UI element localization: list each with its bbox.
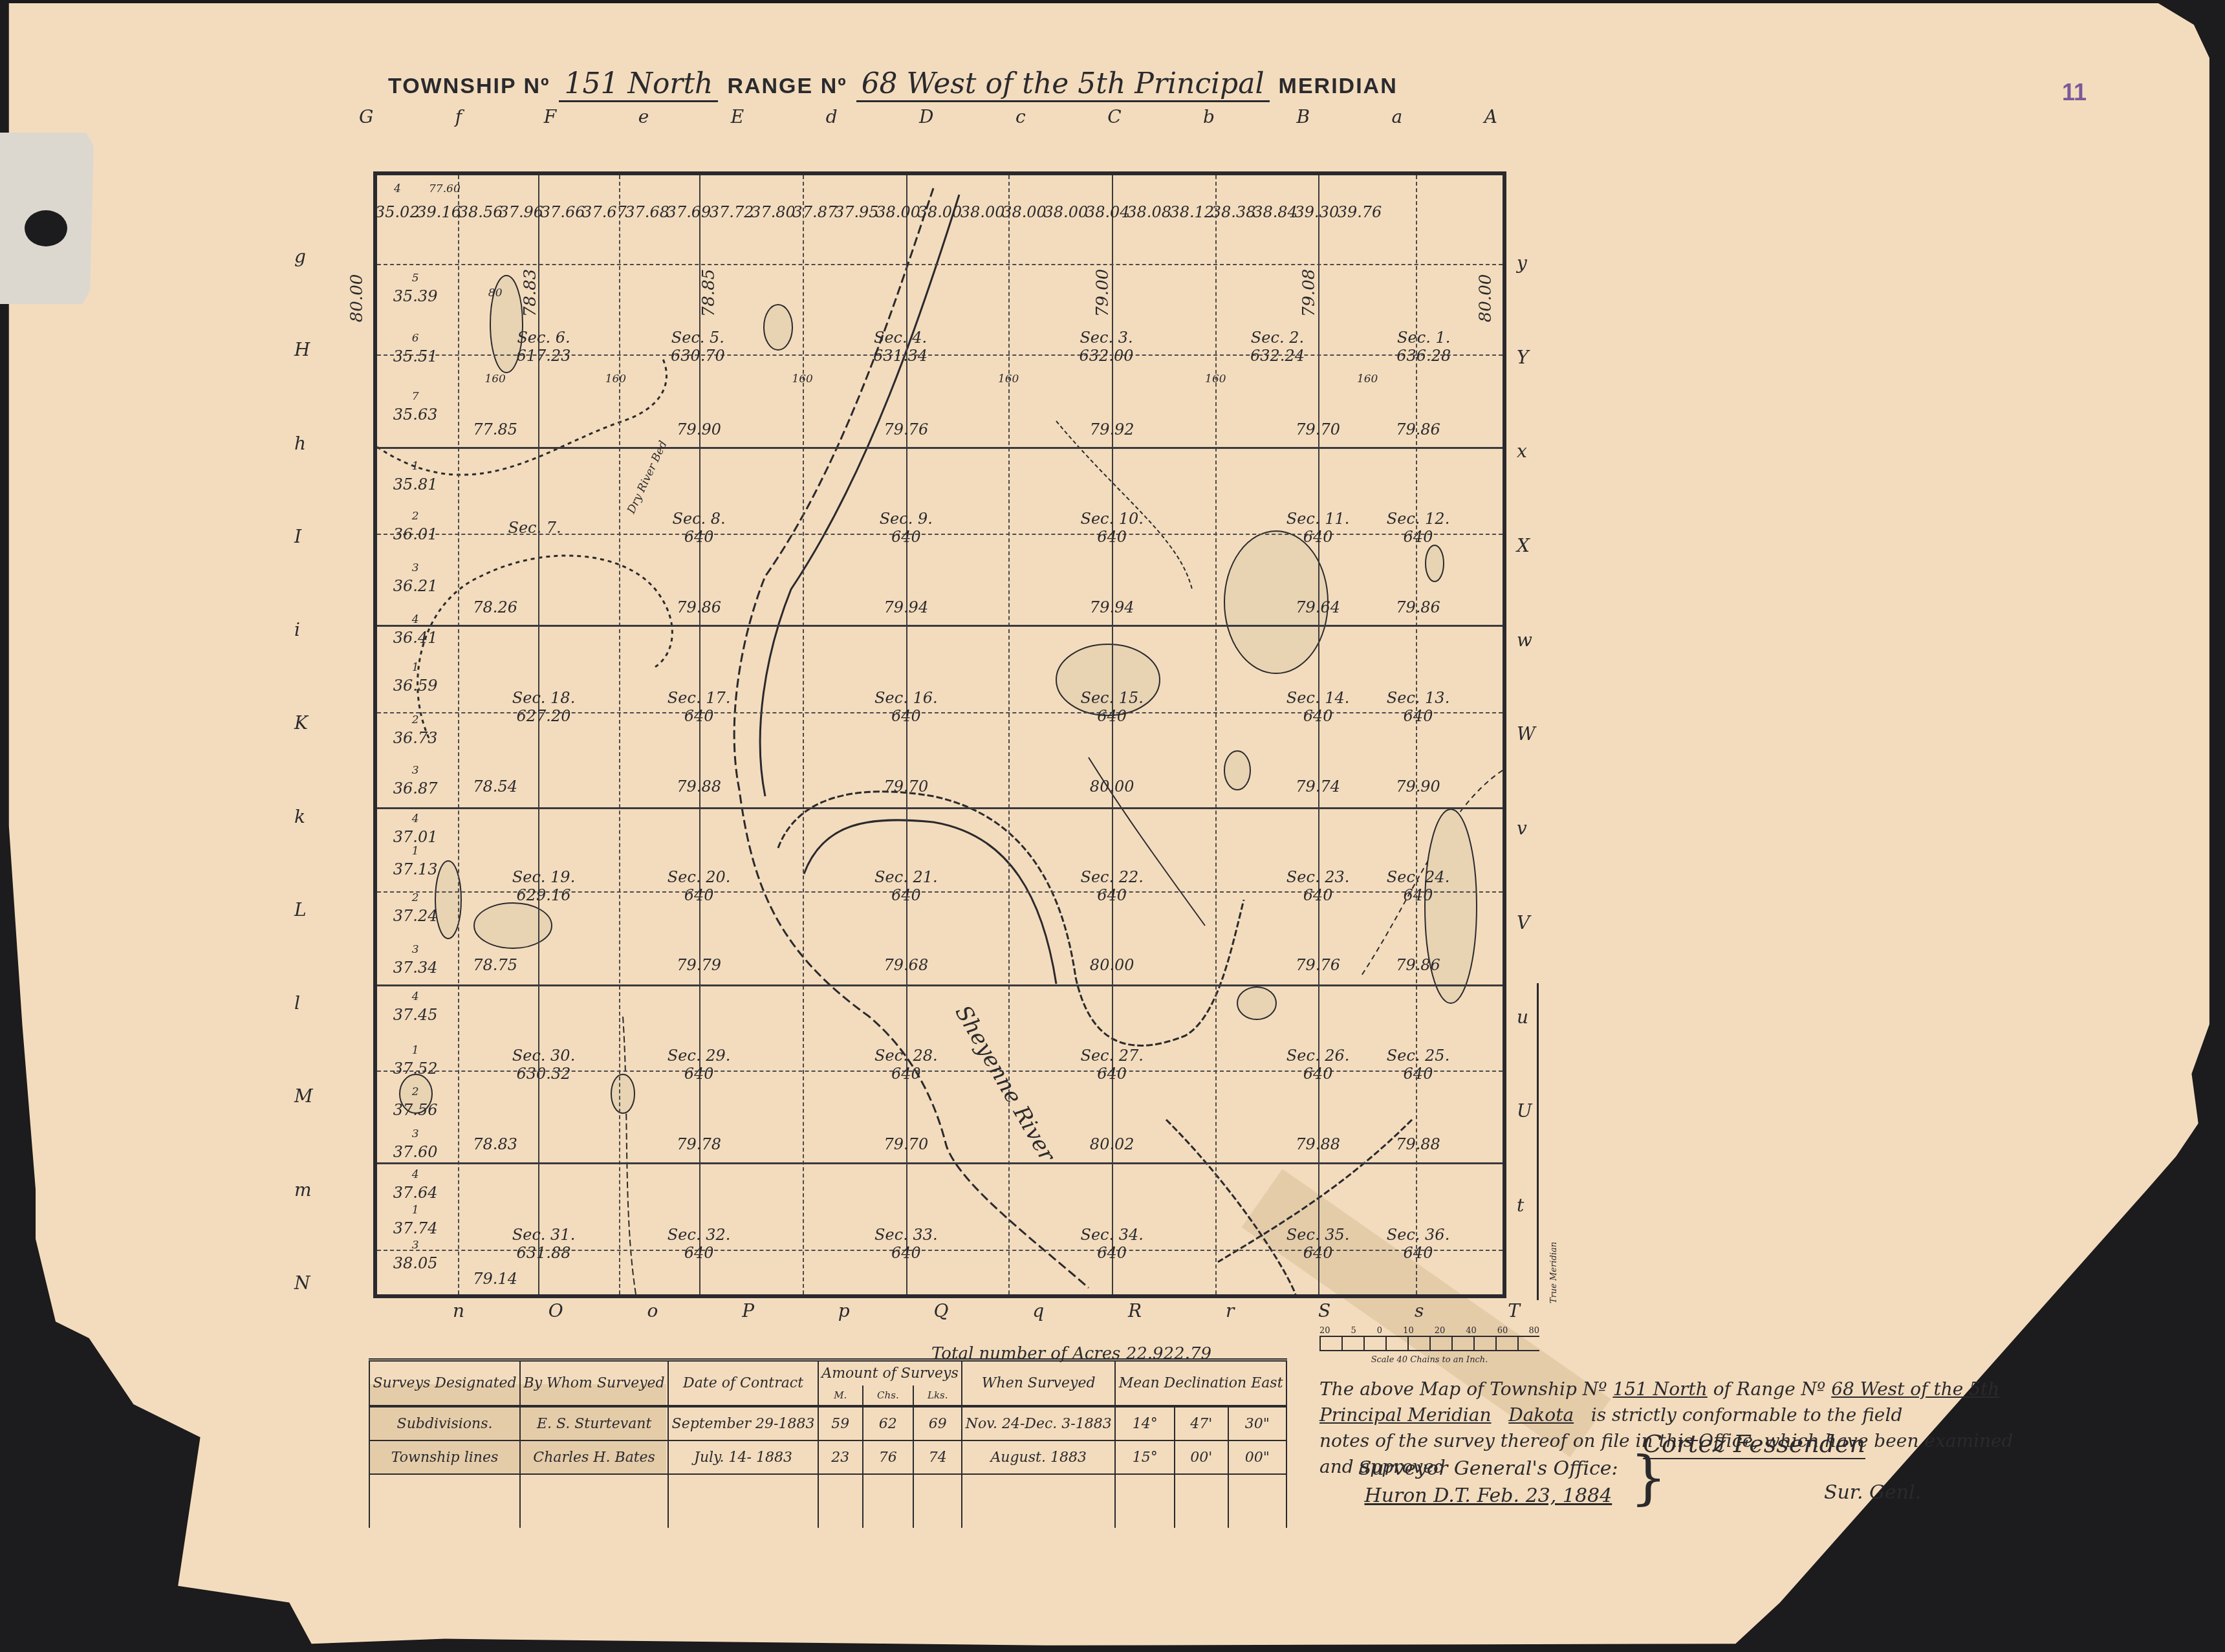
section-16: Sec. 16.640	[874, 689, 938, 725]
line-chains: 79.90	[677, 420, 721, 439]
table-row: Subdivisions. E. S. Sturtevant September…	[369, 1406, 1286, 1440]
col-header: Surveys Designated	[369, 1360, 520, 1407]
west-lot: 137.52	[393, 1041, 438, 1078]
line-chains: 79.86	[1396, 956, 1440, 974]
col-header: Mean Declination East	[1115, 1360, 1286, 1407]
west-lot: 137.13	[393, 842, 438, 878]
section-20: Sec. 20.640	[667, 868, 731, 904]
margin-letter: e	[638, 106, 649, 127]
section-33: Sec. 33.640	[874, 1226, 938, 1262]
line-chains: 79.14	[473, 1270, 517, 1288]
margin-letter: s	[1415, 1300, 1424, 1321]
margin-letter: c	[1015, 106, 1026, 127]
line-chains: 79.86	[677, 598, 721, 616]
line-chains: 79.76	[884, 420, 928, 439]
plat-title: TOWNSHIP Nº 151 North RANGE Nº 68 West o…	[388, 67, 1514, 102]
margin-letter: m	[294, 1179, 313, 1201]
section-8: Sec. 8.640	[673, 510, 726, 546]
line-chains: 77.85	[473, 420, 517, 439]
margin-letter: p	[838, 1300, 850, 1321]
section-22: Sec. 22.640	[1080, 868, 1144, 904]
lot-acres: 37.67	[582, 203, 627, 221]
column-chains: 78.83	[521, 268, 540, 316]
section-7: Sec. 7.	[508, 519, 561, 537]
west-lot: 237.56	[393, 1083, 438, 1119]
quarter-line	[458, 175, 459, 1294]
west-lot: 437.01	[393, 810, 438, 846]
quarter-acres: 160	[792, 373, 812, 386]
line-chains: 79.64	[1296, 598, 1340, 616]
section-4: Sec. 4.631.34	[873, 329, 928, 365]
lot-acres: 38.12	[1169, 203, 1214, 221]
township-label: TOWNSHIP Nº	[388, 74, 550, 99]
survey-table: Surveys Designated By Whom Surveyed Date…	[369, 1358, 1287, 1528]
scale-bar: 20501020406080 Scale 40 Chains to an Inc…	[1319, 1326, 1539, 1365]
section-5: Sec. 5.630.70	[671, 329, 725, 365]
north-lot-line	[377, 264, 1503, 265]
quarter-line	[1008, 175, 1010, 1294]
line-chains: 78.75	[473, 956, 517, 974]
section-line	[1318, 175, 1319, 1294]
lot-acres: 38.00	[1002, 203, 1047, 221]
section-11: Sec. 11.640	[1286, 510, 1350, 546]
bottom-margin-letters: n O o P p Q q R r S s T	[453, 1300, 1520, 1321]
section-13: Sec. 13.640	[1387, 689, 1450, 725]
west-lot: 735.63	[393, 387, 438, 424]
signature-title: Sur. Genl.	[1824, 1481, 1921, 1504]
section-35: Sec. 35.640	[1286, 1226, 1350, 1262]
margin-letter: Q	[934, 1300, 949, 1321]
lot-acres: 38.00	[876, 203, 920, 221]
column-chains: 79.08	[1299, 268, 1319, 316]
section-25: Sec. 25.640	[1387, 1047, 1450, 1083]
line-chains: 79.86	[1396, 420, 1440, 439]
section-17: Sec. 17.640	[667, 689, 731, 725]
east-boundary-chains: 80.00	[1476, 274, 1495, 322]
margin-letter: h	[294, 433, 313, 454]
section-1: Sec. 1.636.28	[1396, 329, 1451, 365]
section-line	[377, 807, 1503, 809]
section-line	[377, 984, 1503, 986]
section-34: Sec. 34.640	[1080, 1226, 1144, 1262]
margin-letter: i	[294, 619, 313, 640]
margin-letter: u	[1517, 1006, 1536, 1028]
scale-bar-graphic	[1319, 1336, 1539, 1351]
margin-letter: y	[1517, 252, 1536, 274]
quarter-acres: 160	[998, 373, 1019, 386]
quarter-acres: 160	[1205, 373, 1226, 386]
margin-letter: a	[1392, 106, 1403, 127]
margin-letter: v	[1517, 818, 1536, 839]
section-27: Sec. 27.640	[1080, 1047, 1144, 1083]
meridian-label: MERIDIAN	[1279, 74, 1398, 99]
west-lot: 237.24	[393, 889, 438, 925]
lot-acres: 38.84	[1253, 203, 1297, 221]
margin-letter: D	[919, 106, 933, 127]
margin-letter: b	[1203, 106, 1215, 127]
right-margin-letters: y Y x X w W v V u U t	[1517, 252, 1536, 1216]
west-lot: 535.39	[393, 269, 438, 305]
column-chains: 78.85	[699, 268, 719, 316]
township-value: 151 North	[559, 67, 718, 102]
sub-header: M.	[818, 1386, 863, 1406]
line-chains: 79.88	[677, 777, 721, 796]
margin-letter: P	[742, 1300, 754, 1321]
west-lot: 337.60	[393, 1125, 438, 1161]
quarter-acres: 160	[1357, 373, 1378, 386]
quarter-acres: 80	[488, 287, 503, 299]
margin-letter: x	[1517, 440, 1536, 462]
lot-acres: 35.02	[375, 203, 420, 221]
west-lot: 137.74	[393, 1201, 438, 1237]
west-lot: 437.45	[393, 988, 438, 1024]
margin-letter: I	[294, 526, 313, 547]
west-lot: 437.64	[393, 1166, 438, 1202]
top-margin-letters: G f F e E d D c C b B a A	[359, 106, 1497, 127]
col-header: Amount of Surveys	[818, 1360, 962, 1386]
col-header: Date of Contract	[668, 1360, 818, 1407]
township-map: 4 77.60 35.02 39.16 38.56 37.96 37.66 37…	[373, 171, 1506, 1298]
line-chains: 79.86	[1396, 598, 1440, 616]
section-18: Sec. 18.627.20	[512, 689, 576, 725]
quarter-line	[1215, 175, 1217, 1294]
section-10: Sec. 10.640	[1080, 510, 1144, 546]
margin-letter: N	[294, 1272, 313, 1294]
sub-header: Chs.	[863, 1386, 914, 1406]
lot-acres: 37.87	[793, 203, 838, 221]
section-line	[377, 625, 1503, 627]
line-chains: 80.02	[1090, 1135, 1134, 1153]
left-margin-letters: g H h I i K k L l M m N	[294, 246, 313, 1294]
range-value: 68 West of the 5th Principal	[856, 67, 1270, 102]
margin-letter: g	[294, 246, 313, 267]
lot-acres: 39.30	[1295, 203, 1340, 221]
margin-letter: f	[455, 106, 462, 127]
table-row: Township lines Charles H. Bates July. 14…	[369, 1440, 1286, 1474]
margin-letter: M	[294, 1085, 313, 1107]
lot-number: 4	[394, 182, 401, 195]
surveyor-office: Surveyor General's Office: Huron D.T. Fe…	[1358, 1455, 1618, 1510]
margin-letter: F	[544, 106, 556, 127]
margin-letter: r	[1226, 1300, 1234, 1321]
section-14: Sec. 14.640	[1286, 689, 1350, 725]
true-meridian-arrow	[1537, 983, 1539, 1300]
col-header: By Whom Surveyed	[520, 1360, 668, 1407]
line-chains: 79.68	[884, 956, 928, 974]
section-24: Sec. 24.640	[1387, 868, 1450, 904]
quarter-line	[803, 175, 804, 1294]
margin-letter: C	[1107, 106, 1121, 127]
lot-acres: 38.00	[1044, 203, 1089, 221]
line-chains: 79.78	[677, 1135, 721, 1153]
line-chains: 78.83	[473, 1135, 517, 1153]
margin-letter: n	[453, 1300, 464, 1321]
section-19: Sec. 19.629.16	[512, 868, 576, 904]
lot-acres: 39.76	[1338, 203, 1382, 221]
line-chains: 79.70	[884, 1135, 928, 1153]
section-32: Sec. 32.640	[667, 1226, 731, 1262]
margin-letter: H	[294, 339, 313, 360]
margin-letter: l	[294, 992, 313, 1014]
true-meridian-label: True Meridian	[1549, 1242, 1559, 1303]
lot-acres: 37.80	[751, 203, 796, 221]
line-chains: 80.00	[1090, 777, 1134, 796]
margin-letter: K	[294, 712, 313, 734]
lot-acres: 37.68	[625, 203, 669, 221]
quarter-acres: 160	[484, 373, 505, 386]
margin-letter: L	[294, 899, 313, 920]
sub-header: Lks.	[913, 1386, 962, 1406]
west-lot: 635.51	[393, 329, 438, 365]
lot-acres: 39.16	[417, 203, 461, 221]
margin-letter: V	[1517, 912, 1536, 933]
margin-letter: E	[731, 106, 744, 127]
line-chains: 79.92	[1090, 420, 1134, 439]
lot-acres: 38.38	[1211, 203, 1256, 221]
section-15: Sec. 15.640	[1080, 689, 1144, 725]
quarter-acres: 160	[605, 373, 626, 386]
punch-hole	[25, 210, 67, 246]
section-2: Sec. 2.632.24	[1250, 329, 1305, 365]
quarter-line	[619, 175, 620, 1294]
margin-letter: o	[647, 1300, 658, 1321]
west-lot: 336.21	[393, 559, 438, 595]
line-chains: 78.26	[473, 598, 517, 616]
lot-extra: 77.60	[429, 182, 461, 195]
margin-letter: Y	[1517, 347, 1536, 368]
section-31: Sec. 31.631.88	[512, 1226, 576, 1262]
lot-acres: 38.56	[459, 203, 503, 221]
margin-letter: T	[1508, 1300, 1520, 1321]
west-lot: 337.34	[393, 940, 438, 977]
table-row-empty	[369, 1474, 1286, 1528]
section-29: Sec. 29.640	[667, 1047, 731, 1083]
lot-acres: 38.00	[961, 203, 1005, 221]
west-lot: 338.05	[393, 1236, 438, 1272]
margin-letter: B	[1297, 106, 1310, 127]
section-line	[377, 447, 1503, 449]
section-23: Sec. 23.640	[1286, 868, 1350, 904]
margin-letter: O	[548, 1300, 563, 1321]
section-30: Sec. 30.630.32	[512, 1047, 576, 1083]
col-header: When Surveyed	[962, 1360, 1115, 1407]
line-chains: 79.88	[1296, 1135, 1340, 1153]
margin-letter: t	[1517, 1195, 1536, 1216]
lot-acres: 38.00	[918, 203, 962, 221]
margin-letter: X	[1517, 535, 1536, 556]
section-9: Sec. 9.640	[880, 510, 933, 546]
line-chains: 78.54	[473, 777, 517, 796]
line-chains: 79.94	[884, 598, 928, 616]
west-lot: 336.87	[393, 761, 438, 798]
margin-letter: S	[1318, 1300, 1330, 1321]
lot-acres: 37.96	[499, 203, 543, 221]
section-21: Sec. 21.640	[874, 868, 938, 904]
margin-letter: k	[294, 806, 313, 827]
lot-acres: 37.69	[667, 203, 711, 221]
section-28: Sec. 28.640	[874, 1047, 938, 1083]
section-line	[377, 1162, 1503, 1164]
section-26: Sec. 26.640	[1286, 1047, 1350, 1083]
line-chains: 79.70	[884, 777, 928, 796]
scale-ticks: 20501020406080	[1319, 1326, 1539, 1336]
margin-letter: U	[1517, 1100, 1536, 1122]
section-3: Sec. 3.632.00	[1080, 329, 1134, 365]
line-chains: 79.70	[1296, 420, 1340, 439]
column-chains: 79.00	[1093, 268, 1112, 316]
west-lot: 436.41	[393, 611, 438, 647]
lot-acres: 38.04	[1085, 203, 1130, 221]
lot-acres: 38.08	[1127, 203, 1171, 221]
line-chains: 79.76	[1296, 956, 1340, 974]
west-lot: 236.01	[393, 507, 438, 543]
signature: Cortez Fessenden	[1643, 1429, 1865, 1459]
line-chains: 79.90	[1396, 777, 1440, 796]
line-chains: 80.00	[1090, 956, 1134, 974]
margin-letter: W	[1517, 723, 1536, 744]
west-lot: 136.59	[393, 658, 438, 695]
margin-letter: R	[1128, 1300, 1142, 1321]
lot-acres: 37.95	[834, 203, 879, 221]
line-chains: 79.74	[1296, 777, 1340, 796]
range-label: RANGE Nº	[727, 74, 847, 99]
line-chains: 79.94	[1090, 598, 1134, 616]
margin-letter: A	[1484, 106, 1497, 127]
west-lot: 135.81	[393, 457, 438, 494]
scale-caption: Scale 40 Chains to an Inch.	[1319, 1355, 1539, 1365]
section-6: Sec. 6.617.23	[517, 329, 571, 365]
lot-acres: 37.66	[541, 203, 585, 221]
margin-letter: w	[1517, 629, 1536, 651]
margin-letter: G	[359, 106, 373, 127]
section-12: Sec. 12.640	[1387, 510, 1450, 546]
sheet-number-stamp: 11	[2062, 79, 2087, 106]
west-boundary-chains: 80.00	[347, 274, 367, 322]
margin-letter: d	[826, 106, 838, 127]
west-lot: 236.73	[393, 711, 438, 747]
margin-letter: q	[1032, 1300, 1044, 1321]
line-chains: 79.79	[677, 956, 721, 974]
section-36: Sec. 36.640	[1387, 1226, 1450, 1262]
line-chains: 79.88	[1396, 1135, 1440, 1153]
lot-acres: 37.72	[710, 203, 754, 221]
